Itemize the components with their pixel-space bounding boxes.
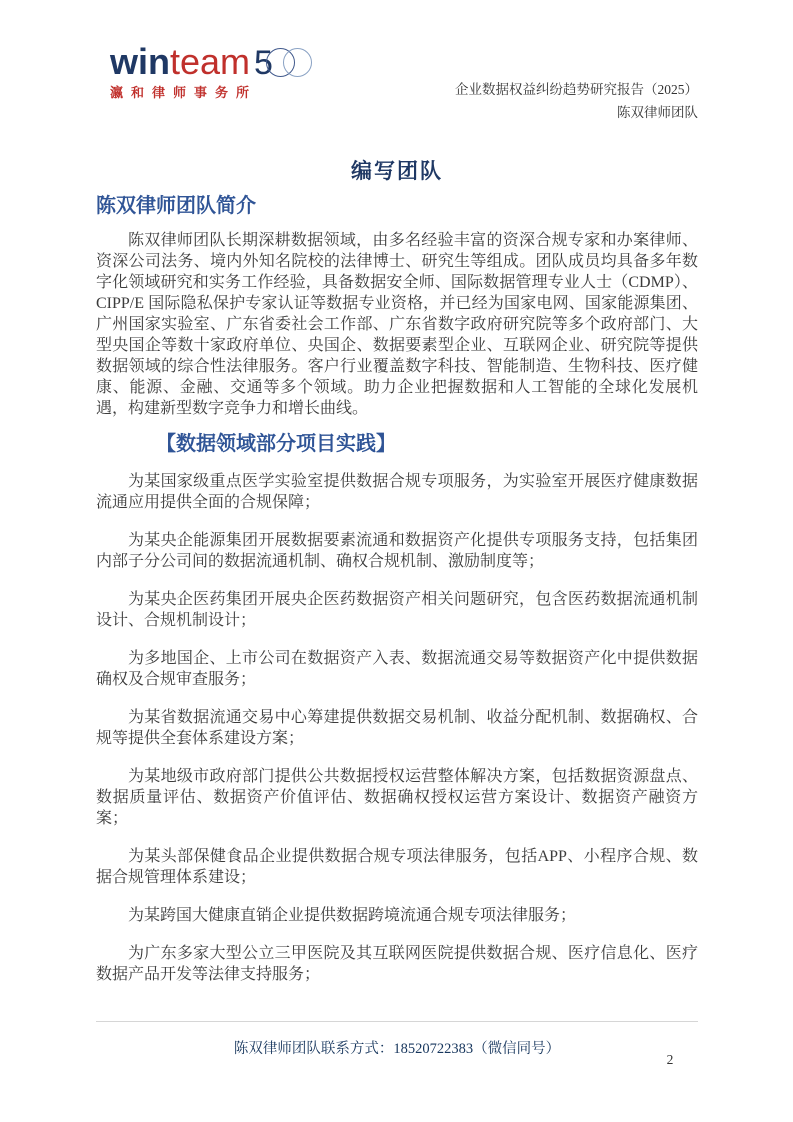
practice-items-list: 为某国家级重点医学实验室提供数据合规专项服务，为实验室开展医疗健康数据流通应用提… xyxy=(96,471,698,985)
team-intro-heading: 陈双律师团队简介 xyxy=(96,192,698,220)
practice-item: 为某跨国大健康直销企业提供数据跨境流通合规专项法律服务； xyxy=(96,905,698,926)
footer-contact: 陈双律师团队联系方式：18520722383（微信同号） xyxy=(96,1038,698,1060)
team-name: 陈双律师团队 xyxy=(455,101,698,124)
page-header: 企业数据权益纠纷趋势研究报告（2025） 陈双律师团队 xyxy=(455,78,698,124)
practice-item: 为某央企医药集团开展央企医药数据资产相关问题研究，包含医药数据流通机制设计、合规… xyxy=(96,589,698,631)
practice-item: 为某省数据流通交易中心筹建提供数据交易机制、收益分配机制、数据确权、合规等提供全… xyxy=(96,707,698,749)
practice-item: 为广东多家大型公立三甲医院及其互联网医院提供数据合规、医疗信息化、医疗数据产品开… xyxy=(96,943,698,985)
practice-item: 为某央企能源集团开展数据要素流通和数据资产化提供专项服务支持，包括集团内部子分公… xyxy=(96,530,698,572)
practice-item: 为某国家级重点医学实验室提供数据合规专项服务，为实验室开展医疗健康数据流通应用提… xyxy=(96,471,698,513)
logo-circle-icon xyxy=(283,48,312,77)
winteam500-logo: winteam5 瀛和律师事务所 xyxy=(110,44,312,99)
page-number: 2 xyxy=(660,1052,680,1068)
report-title: 企业数据权益纠纷趋势研究报告（2025） xyxy=(455,78,698,101)
logo-text-win: win xyxy=(110,41,170,82)
document-body: 编写团队 陈双律师团队简介 陈双律师团队长期深耕数据领域，由多名经验丰富的资深合… xyxy=(96,152,698,985)
practice-item: 为多地国企、上市公司在数据资产入表、数据流通交易等数据资产化中提供数据确权及合规… xyxy=(96,648,698,690)
practice-item: 为某地级市政府部门提供公共数据授权运营整体解决方案，包括数据资源盘点、数据质量评… xyxy=(96,766,698,829)
logo-text-team: team xyxy=(170,41,250,82)
practice-section-heading: 【数据领域部分项目实践】 xyxy=(96,431,698,457)
logo-firm-name: 瀛和律师事务所 xyxy=(110,86,312,99)
footer-divider xyxy=(96,1021,698,1022)
team-intro-paragraph: 陈双律师团队长期深耕数据领域，由多名经验丰富的资深合规专家和办案律师、资深公司法… xyxy=(96,230,698,419)
practice-item: 为某头部保健食品企业提供数据合规专项法律服务，包括APP、小程序合规、数据合规管… xyxy=(96,846,698,888)
document-page: winteam5 瀛和律师事务所 企业数据权益纠纷趋势研究报告（2025） 陈双… xyxy=(0,0,793,1122)
logo-wordmark: winteam5 xyxy=(110,44,312,80)
page-title: 编写团队 xyxy=(96,152,698,186)
